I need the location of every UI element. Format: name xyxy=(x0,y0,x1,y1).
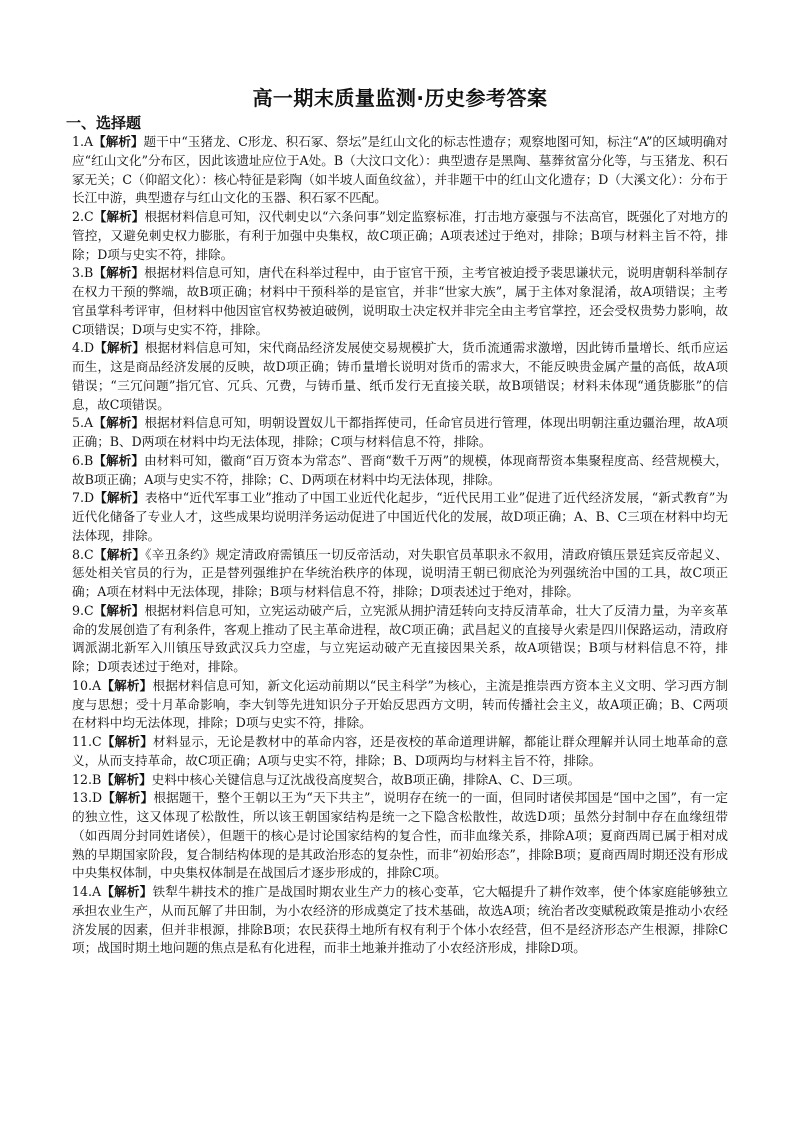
answer-explanation: 《辛丑条约》规定清政府需镇压一切反帝活动，对失职官员革职永不叙用，清政府镇压景廷… xyxy=(72,547,728,600)
analysis-label: 【解析】 xyxy=(94,547,145,562)
answer-number: 12.B xyxy=(72,772,101,787)
answer-item: 14.A【解析】铁犁牛耕技术的推广是战国时期农业生产力的核心变革，它大幅提升了耕… xyxy=(72,883,728,958)
analysis-label: 【解析】 xyxy=(93,134,143,149)
answer-item: 13.D【解析】根据题干，整个王朝以王为“天下共主”，说明存在统一的一面，但同时… xyxy=(72,789,728,883)
answer-number: 14.A xyxy=(72,884,101,899)
answer-item: 3.B【解析】根据材料信息可知，唐代在科举过程中，由于宦官干预，主考官被迫授予裴… xyxy=(72,264,728,339)
analysis-label: 【解析】 xyxy=(93,453,144,468)
analysis-label: 【解析】 xyxy=(94,490,145,505)
analysis-label: 【解析】 xyxy=(102,734,153,749)
analysis-label: 【解析】 xyxy=(93,415,144,430)
answer-explanation: 史料中核心关键信息与辽沈战役高度契合，故B项正确，排除A、C、D三项。 xyxy=(152,772,581,787)
answer-explanation: 由材料可知，徽商“百万资本为常态”、晋商“数千万两”的规模，体现商帮资本集聚程度… xyxy=(72,453,728,487)
answer-number: 10.A xyxy=(72,678,101,693)
answer-item: 7.D【解析】表格中“近代军事工业”推动了中国工业近代化起步，“近代民用工业”促… xyxy=(72,489,728,545)
answer-explanation: 根据题干，整个王朝以王为“天下共主”，说明存在统一的一面，但同时诸侯邦国是“国中… xyxy=(72,790,728,880)
answer-number: 4.D xyxy=(72,340,94,355)
answer-item: 1.A【解析】题干中“玉猪龙、C形龙、积石冢、祭坛”是红山文化的标志性遗存；观察… xyxy=(72,133,728,208)
answer-number: 13.D xyxy=(72,790,102,805)
answer-item: 10.A【解析】根据材料信息可知，新文化运动前期以“民主科学”为核心，主流是推崇… xyxy=(72,677,728,733)
answer-item: 4.D【解析】根据材料信息可知，宋代商品经济发展使交易规模扩大，货币流通需求激增… xyxy=(72,339,728,414)
analysis-label: 【解析】 xyxy=(94,209,145,224)
answer-key-page: 高一期末质量监测·历史参考答案 一、选择题 1.A【解析】题干中“玉猪龙、C形龙… xyxy=(72,85,728,958)
answer-item: 12.B【解析】史料中核心关键信息与辽沈战役高度契合，故B项正确，排除A、C、D… xyxy=(72,771,728,790)
answer-item: 2.C【解析】根据材料信息可知，汉代刺史以“六条问事”划定监察标准，打击地方豪强… xyxy=(72,208,728,264)
answer-number: 2.C xyxy=(72,209,94,224)
section-heading-multiple-choice: 一、选择题 xyxy=(66,113,728,133)
analysis-label: 【解析】 xyxy=(102,790,153,805)
analysis-label: 【解析】 xyxy=(94,340,145,355)
answer-number: 7.D xyxy=(72,490,94,505)
answer-explanation: 根据材料信息可知，新文化运动前期以“民主科学”为核心，主流是推崇西方资本主义文明… xyxy=(72,678,728,731)
answer-explanation: 铁犁牛耕技术的推广是战国时期农业生产力的核心变革，它大幅提升了耕作效率，使个体家… xyxy=(72,884,728,955)
answer-explanation: 根据材料信息可知，明朝设置奴儿干都指挥使司，任命官员进行管理，体现出明朝注重边疆… xyxy=(72,415,728,449)
analysis-label: 【解析】 xyxy=(93,265,144,280)
analysis-label: 【解析】 xyxy=(101,884,152,899)
answer-item: 9.C【解析】根据材料信息可知，立宪运动破产后，立宪派从拥护清廷转向支持反清革命… xyxy=(72,602,728,677)
answer-explanation: 题干中“玉猪龙、C形龙、积石冢、祭坛”是红山文化的标志性遗存；观察地图可知，标注… xyxy=(72,134,728,205)
answer-item: 11.C【解析】材料显示，无论是教材中的革命内容，还是夜校的革命道理讲解，都能让… xyxy=(72,733,728,771)
document-title: 高一期末质量监测·历史参考答案 xyxy=(72,85,728,111)
analysis-label: 【解析】 xyxy=(101,772,151,787)
answer-item: 6.B【解析】由材料可知，徽商“百万资本为常态”、晋商“数千万两”的规模，体现商… xyxy=(72,452,728,490)
answer-explanation: 根据材料信息可知，汉代刺史以“六条问事”划定监察标准，打击地方豪强与不法高官，既… xyxy=(72,209,728,262)
answer-number: 11.C xyxy=(72,734,102,749)
answer-explanation: 根据材料信息可知，唐代在科举过程中，由于宦官干预，主考官被迫授予裴思谦状元，说明… xyxy=(72,265,728,336)
answer-number: 8.C xyxy=(72,547,94,562)
answer-number: 1.A xyxy=(72,134,93,149)
answer-explanation: 根据材料信息可知，宋代商品经济发展使交易规模扩大，货币流通需求激增，因此铸币量增… xyxy=(72,340,728,411)
answer-item: 8.C【解析】《辛丑条约》规定清政府需镇压一切反帝活动，对失职官员革职永不叙用，… xyxy=(72,546,728,602)
analysis-label: 【解析】 xyxy=(101,678,152,693)
answer-item: 5.A【解析】根据材料信息可知，明朝设置奴儿干都指挥使司，任命官员进行管理，体现… xyxy=(72,414,728,452)
answer-explanation: 根据材料信息可知，立宪运动破产后，立宪派从拥护清廷转向支持反清革命，壮大了反清力… xyxy=(72,603,728,674)
analysis-label: 【解析】 xyxy=(94,603,145,618)
answer-explanation: 材料显示，无论是教材中的革命内容，还是夜校的革命道理讲解，都能让群众理解并认同土… xyxy=(72,734,728,768)
answer-explanation: 表格中“近代军事工业”推动了中国工业近代化起步，“近代民用工业”促进了近代经济发… xyxy=(72,490,728,543)
answer-list: 1.A【解析】题干中“玉猪龙、C形龙、积石冢、祭坛”是红山文化的标志性遗存；观察… xyxy=(72,133,728,958)
answer-number: 3.B xyxy=(72,265,93,280)
answer-number: 6.B xyxy=(72,453,93,468)
answer-number: 5.A xyxy=(72,415,93,430)
answer-number: 9.C xyxy=(72,603,94,618)
